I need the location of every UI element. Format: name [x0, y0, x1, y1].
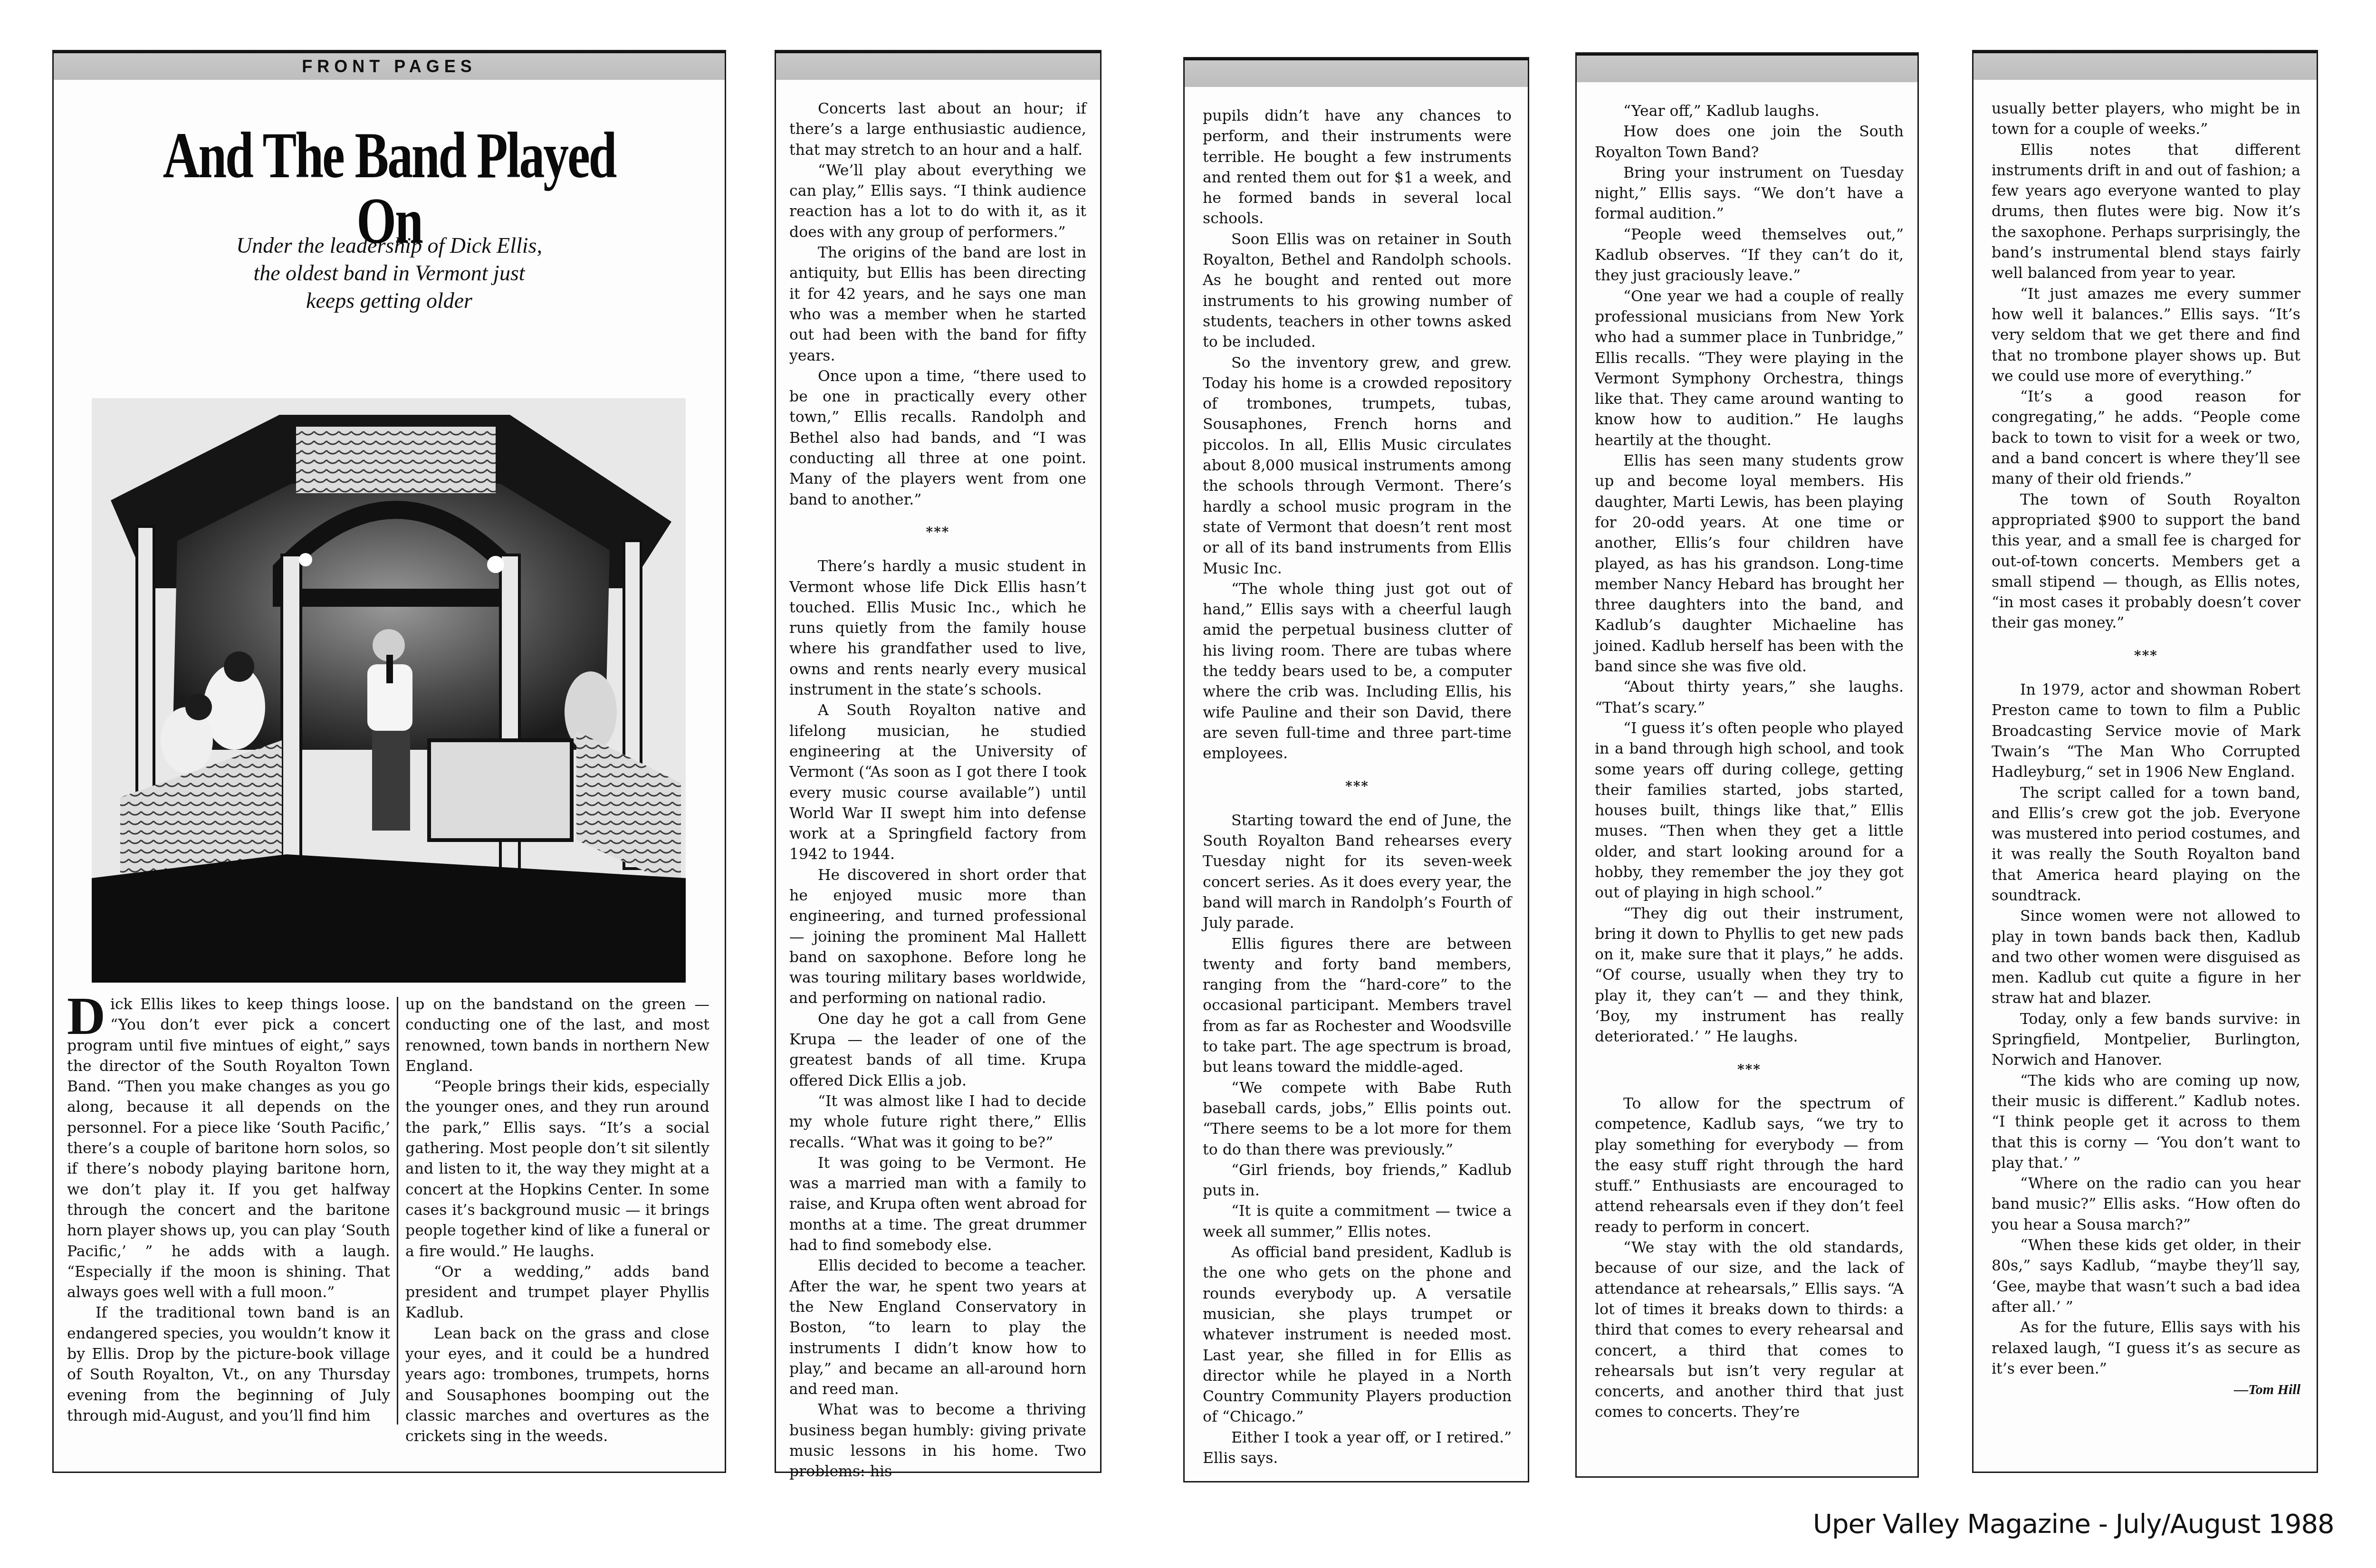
- article-paragraph: “About thirty years,” she laughs. “That’…: [1595, 677, 1904, 718]
- article-paragraph: He discovered in short order that he enj…: [789, 865, 1086, 1009]
- page-header-band: [1185, 58, 1528, 87]
- page-5-column: usually better players, who might be in …: [1992, 99, 2300, 1400]
- article-paragraph: There’s hardly a music student in Vermon…: [789, 556, 1086, 700]
- article-paragraph: “Girl friends, boy friends,” Kadlub puts…: [1203, 1160, 1512, 1202]
- page-header-band: [776, 51, 1100, 80]
- deck-line: Under the leadership of Dick Ellis,: [54, 232, 725, 259]
- column-divider: [397, 997, 398, 1425]
- article-paragraph: “People weed themselves out,” Kadlub obs…: [1595, 225, 1904, 287]
- deck-line: the oldest band in Vermont just: [54, 259, 725, 287]
- article-paragraph: In 1979, actor and showman Robert Presto…: [1992, 680, 2300, 783]
- page-3-column: pupils didn’t have any chances to perfor…: [1203, 106, 1512, 1469]
- page-1-column-2: up on the bandstand on the green — condu…: [405, 994, 709, 1447]
- page-5: usually better players, who might be in …: [1972, 50, 2318, 1473]
- article-paragraph: Lean back on the grass and close your ey…: [405, 1324, 709, 1447]
- article-paragraph: It was going to be Vermont. He was a mar…: [789, 1153, 1086, 1256]
- article-paragraph: Ellis figures there are between twenty a…: [1203, 934, 1512, 1078]
- page-1-column-1: Dick Ellis likes to keep things loose. “…: [67, 994, 390, 1426]
- bandstand-photo: [92, 398, 686, 983]
- page-2: Concerts last about an hour; if there’s …: [775, 50, 1102, 1473]
- article-paragraph: “The kids who are coming up now, their m…: [1992, 1071, 2300, 1174]
- article-paragraph: “Where on the radio can you hear band mu…: [1992, 1174, 2300, 1235]
- article-paragraph: Today, only a few bands survive: in Spri…: [1992, 1009, 2300, 1071]
- article-paragraph: “The whole thing just got out of hand,” …: [1203, 579, 1512, 765]
- article-paragraph: To allow for the spectrum of competence,…: [1595, 1094, 1904, 1238]
- article-paragraph: Starting toward the end of June, the Sou…: [1203, 811, 1512, 934]
- article-paragraph: Bring your instrument on Tuesday night,”…: [1595, 163, 1904, 225]
- article-paragraph: “It is quite a commitment — twice a week…: [1203, 1201, 1512, 1243]
- section-separator: ***: [1203, 776, 1512, 796]
- article-paragraph: pupils didn’t have any chances to perfor…: [1203, 106, 1512, 229]
- article-paragraph: “They dig out their instrument, bring it…: [1595, 904, 1904, 1048]
- bandstand-photo-illustration: [92, 398, 686, 983]
- page-3: pupils didn’t have any chances to perfor…: [1183, 57, 1529, 1482]
- article-paragraph: “One year we had a couple of really prof…: [1595, 287, 1904, 451]
- article-paragraph: The origins of the band are lost in anti…: [789, 243, 1086, 366]
- source-caption: Uper Valley Magazine - July/August 1988: [1813, 1509, 2334, 1539]
- article-paragraph: Since women were not allowed to play in …: [1992, 906, 2300, 1009]
- article-paragraph: As official band president, Kadlub is th…: [1203, 1243, 1512, 1428]
- article-paragraph: usually better players, who might be in …: [1992, 99, 2300, 140]
- article-paragraph: Ellis has seen many students grow up and…: [1595, 451, 1904, 677]
- page-header-band: [1974, 51, 2317, 80]
- section-header-label: FRONT PAGES: [302, 57, 476, 76]
- article-paragraph: If the traditional town band is an endan…: [67, 1303, 390, 1426]
- article-paragraph: Soon Ellis was on retainer in South Roya…: [1203, 229, 1512, 353]
- article-paragraph: “It just amazes me every summer how well…: [1992, 284, 2300, 387]
- article-paragraph: Ellis notes that different instruments d…: [1992, 140, 2300, 284]
- article-paragraph: “It’s a good reason for congregating,” h…: [1992, 387, 2300, 489]
- article-paragraph: “We stay with the old standards, because…: [1595, 1238, 1904, 1423]
- page-header-band: [1577, 54, 1917, 82]
- article-paragraph: So the inventory grew, and grew. Today h…: [1203, 353, 1512, 579]
- section-separator: ***: [1992, 645, 2300, 666]
- article-paragraph: Concerts last about an hour; if there’s …: [789, 99, 1086, 161]
- article-paragraph: Once upon a time, “there used to be one …: [789, 366, 1086, 510]
- section-separator: ***: [1595, 1059, 1904, 1080]
- article-paragraph: Ellis decided to become a teacher. After…: [789, 1256, 1086, 1400]
- article-paragraph: A South Royalton native and lifelong mus…: [789, 700, 1086, 865]
- page-4-column: “Year off,” Kadlub laughs. How does one …: [1595, 101, 1904, 1423]
- article-paragraph: What was to become a thriving business b…: [789, 1400, 1086, 1482]
- article-paragraph: As for the future, Ellis says with his r…: [1992, 1318, 2300, 1379]
- article-paragraph: up on the bandstand on the green — condu…: [405, 994, 709, 1077]
- article-paragraph: The town of South Royalton appropriated …: [1992, 490, 2300, 634]
- article-paragraph: “We’ll play about everything we can play…: [789, 161, 1086, 243]
- section-header-band: FRONT PAGES: [54, 51, 725, 80]
- article-paragraph: “We compete with Babe Ruth baseball card…: [1203, 1078, 1512, 1160]
- article-paragraph: Either I took a year off, or I retired.”…: [1203, 1428, 1512, 1469]
- article-paragraph: The script called for a town band, and E…: [1992, 783, 2300, 907]
- article-paragraph: “When these kids get older, in their 80s…: [1992, 1235, 2300, 1318]
- article-paragraph: “Year off,” Kadlub laughs.: [1595, 101, 1904, 122]
- article-paragraph: One day he got a call from Gene Krupa — …: [789, 1009, 1086, 1091]
- article-paragraph: How does one join the South Royalton Tow…: [1595, 122, 1904, 163]
- deck-line: keeps getting older: [54, 287, 725, 315]
- article-paragraph: Dick Ellis likes to keep things loose. “…: [67, 994, 390, 1303]
- section-separator: ***: [789, 522, 1086, 542]
- page-1: FRONT PAGES And The Band Played On Under…: [52, 50, 726, 1473]
- article-paragraph: “Or a wedding,” adds band president and …: [405, 1262, 709, 1324]
- page-2-column: Concerts last about an hour; if there’s …: [789, 99, 1086, 1482]
- article-deck: Under the leadership of Dick Ellis, the …: [54, 232, 725, 315]
- article-paragraph: “People brings their kids, especially th…: [405, 1077, 709, 1262]
- article-paragraph: “It was almost like I had to decide my w…: [789, 1091, 1086, 1153]
- author-byline: —Tom Hill: [1992, 1379, 2300, 1400]
- article-paragraph: “I guess it’s often people who played in…: [1595, 718, 1904, 904]
- drop-cap: D: [67, 997, 105, 1035]
- page-4: “Year off,” Kadlub laughs. How does one …: [1575, 52, 1919, 1478]
